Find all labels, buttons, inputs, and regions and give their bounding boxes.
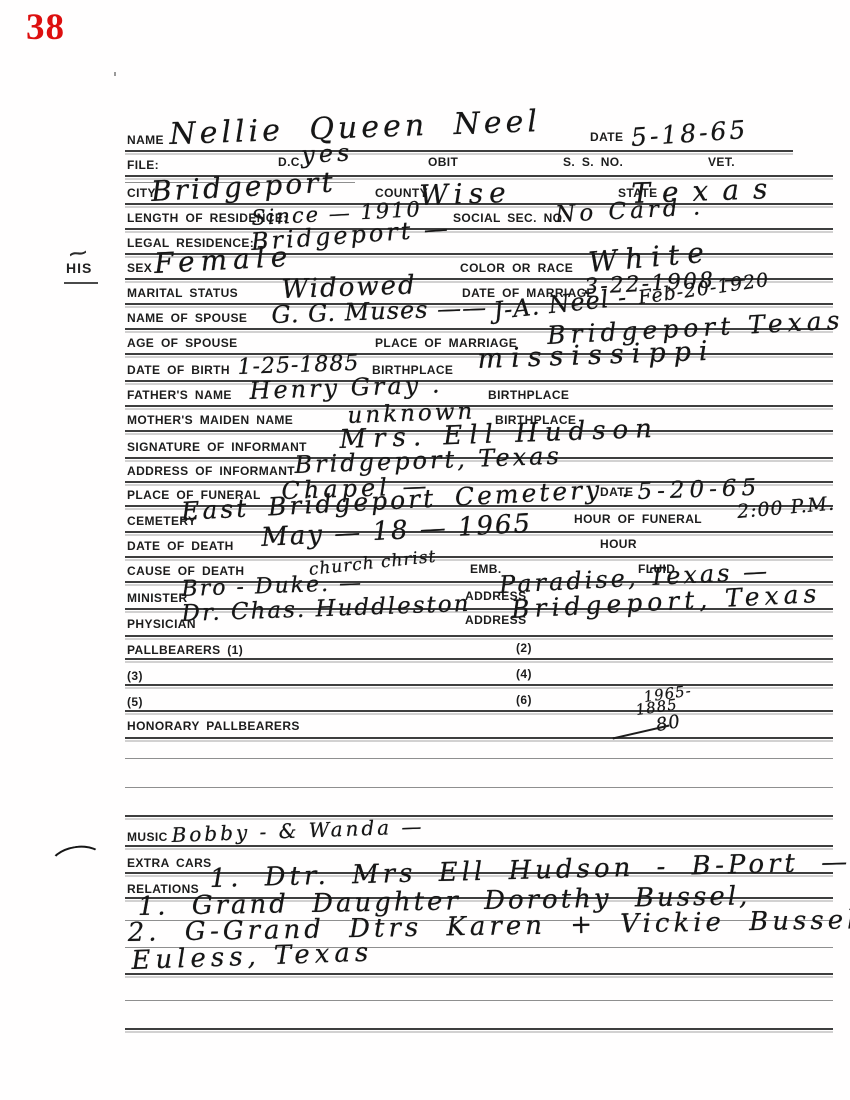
ruled-line <box>125 710 833 712</box>
handwritten-name: Nellie Queen Neel <box>169 104 542 152</box>
field-label-honorary-pallbearers: HONORARY PALLBEARERS <box>127 719 300 733</box>
field-label-name: NAME <box>127 133 164 147</box>
field-label-date-of-death: DATE OF DEATH <box>127 539 234 553</box>
ruled-line <box>125 635 833 637</box>
field-label-social-sec-no: SOCIAL SEC. NO. <box>453 211 566 225</box>
page-number: 38 <box>26 6 65 49</box>
handwritten-social-sec-no: No Card . <box>555 194 705 228</box>
ruled-line <box>125 556 833 558</box>
field-label-date-of-birth: DATE OF BIRTH <box>127 363 230 377</box>
field-label-marital-status: MARITAL STATUS <box>127 286 238 300</box>
margin-arc-mark <box>48 842 106 882</box>
field-label-fathers-name: FATHER'S NAME <box>127 388 232 402</box>
field-label-pallbearers-6: (6) <box>516 693 532 707</box>
margin-stamp: HIS <box>66 260 92 276</box>
scan-speck <box>114 72 116 76</box>
ruled-line <box>125 1028 833 1030</box>
field-label-pallbearers-5: (5) <box>127 695 143 709</box>
handwritten-music: Bobby - & Wanda — <box>171 814 425 847</box>
handwritten-county: Wise <box>419 176 512 212</box>
ruled-line <box>125 845 833 847</box>
field-label-emb: EMB. <box>470 562 502 576</box>
field-label-music: MUSIC <box>127 830 168 844</box>
field-label-mothers-maiden-name: MOTHER'S MAIDEN NAME <box>127 413 293 427</box>
field-label-minister: MINISTER <box>127 591 188 605</box>
handwritten-dc: yes <box>301 138 354 169</box>
handwritten-date: 5-18-65 <box>630 115 749 152</box>
ruled-line <box>125 737 833 739</box>
field-label-date: DATE <box>590 130 623 144</box>
ruled-line <box>125 228 833 230</box>
field-label-birthplace: BIRTHPLACE <box>488 388 569 402</box>
ruled-line <box>125 1000 833 1001</box>
field-label-pallbearers-3: (3) <box>127 669 143 683</box>
field-label-hour-of-funeral: HOUR OF FUNERAL <box>574 512 702 526</box>
ruled-line <box>125 658 833 660</box>
ruled-line <box>125 787 833 788</box>
field-label-vet: VET. <box>708 155 735 169</box>
field-label-hour: HOUR <box>600 537 637 551</box>
funeral-record-page: 38 ⁓ HIS NAME DATE FILE: D.C. OBIT S. S.… <box>0 0 850 1100</box>
field-label-sex: SEX <box>127 261 152 275</box>
field-label-extra-cars: EXTRA CARS <box>127 856 212 870</box>
field-label-file: FILE: <box>127 158 159 172</box>
field-label-address-of-informant: ADDRESS OF INFORMANT <box>127 464 295 478</box>
field-label-pallbearers-4: (4) <box>516 667 532 681</box>
field-label-pallbearers-2: (2) <box>516 641 532 655</box>
handwritten-city: Bridgeport <box>150 165 336 208</box>
field-label-pallbearers-1: PALLBEARERS (1) <box>127 643 243 657</box>
ruled-line <box>125 684 833 686</box>
field-label-name-of-spouse: NAME OF SPOUSE <box>127 311 247 325</box>
ruled-line <box>125 758 833 759</box>
field-label-signature-of-informant: SIGNATURE OF INFORMANT <box>127 440 307 454</box>
field-label-obit: OBIT <box>428 155 458 169</box>
field-label-color-or-race: COLOR OR RACE <box>460 261 573 275</box>
ruled-line <box>125 815 833 817</box>
handwritten-sex: Female <box>153 240 294 280</box>
field-label-ss-no: S. S. NO. <box>563 155 623 169</box>
margin-stamp-underline <box>64 282 98 284</box>
field-label-age-of-spouse: AGE OF SPOUSE <box>127 336 238 350</box>
ruled-line <box>125 405 833 407</box>
ruled-line <box>125 380 833 382</box>
ruled-line <box>125 973 833 975</box>
ruled-line <box>125 150 793 152</box>
